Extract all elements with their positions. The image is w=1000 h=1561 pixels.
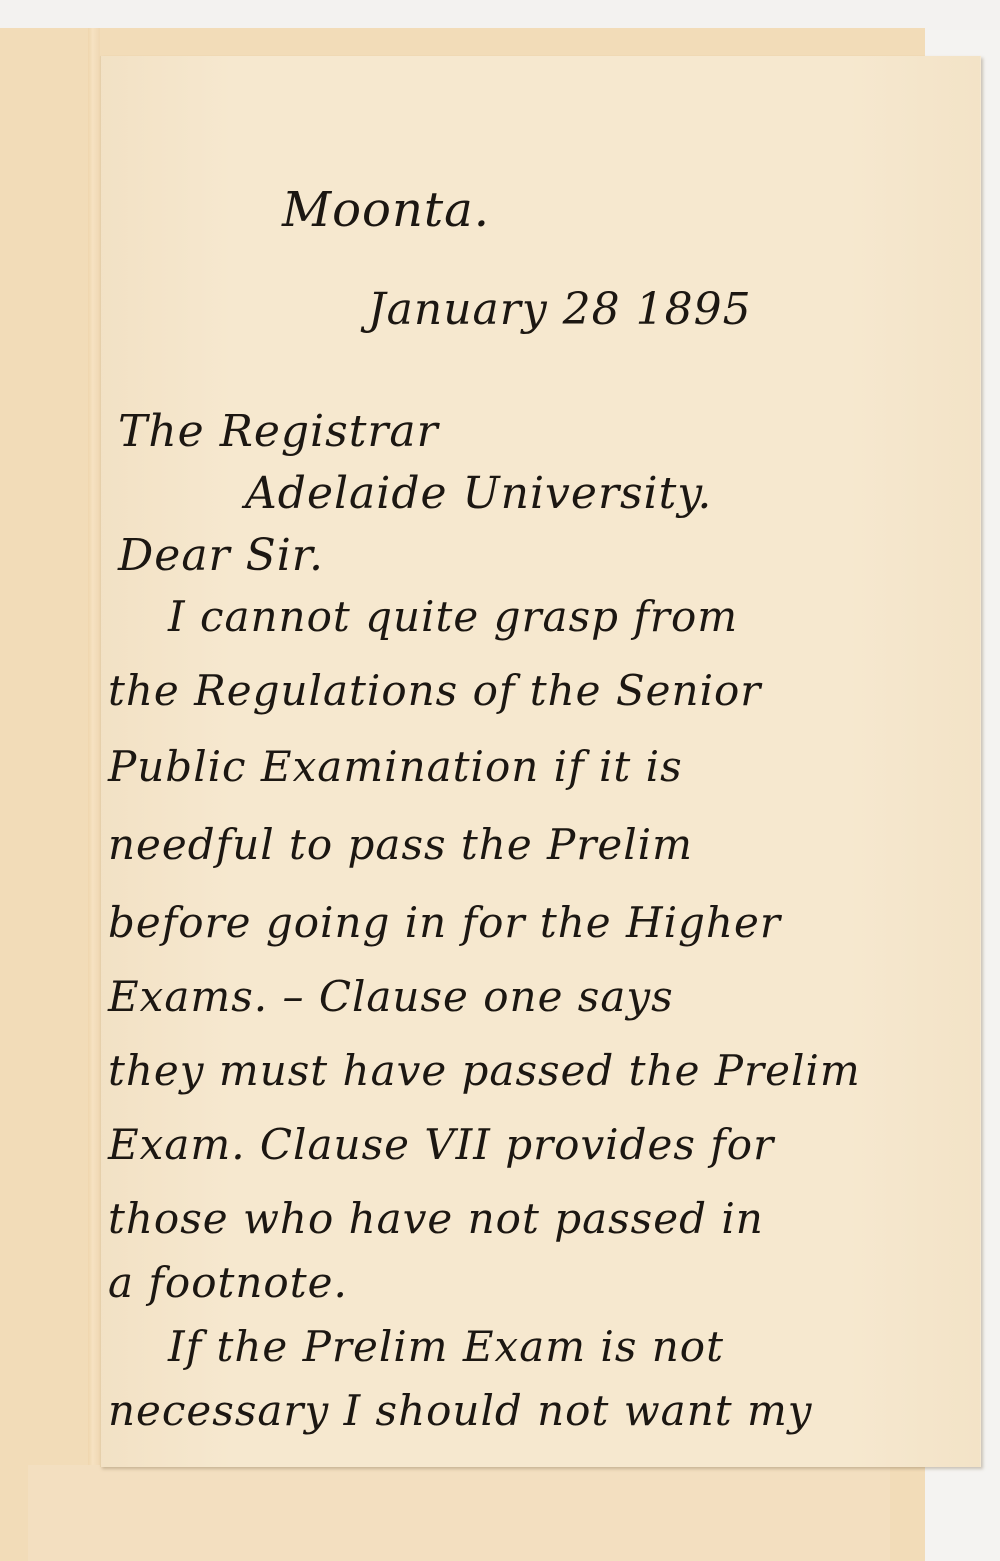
body-line: the Regulations of the Senior [108,666,761,715]
letter-date: January 28 1895 [368,284,752,335]
salutation: Dear Sir. [118,530,324,581]
body-line: I cannot quite grasp from [168,592,738,641]
body-line: necessary I should not want my [108,1386,813,1435]
letter-place: Moonta. [282,182,490,238]
body-line: If the Prelim Exam is not [168,1322,724,1371]
paper-fold-crease [88,28,100,1561]
addressee-line-2: Adelaide University. [245,468,712,519]
body-line: Exams. – Clause one says [108,972,674,1021]
body-line: before going in for the Higher [108,898,781,947]
body-line: those who have not passed in [108,1194,764,1243]
body-line: needful to pass the Prelim [108,820,693,869]
body-line: Exam. Clause VII provides for [108,1120,774,1169]
underlying-sheet-lower [28,1465,890,1561]
scan-background [0,0,1000,30]
body-line: Public Examination if it is [108,742,683,791]
body-line: they must have passed the Prelim [108,1046,861,1095]
addressee-line-1: The Registrar [118,406,439,457]
body-line: a footnote. [108,1258,348,1307]
